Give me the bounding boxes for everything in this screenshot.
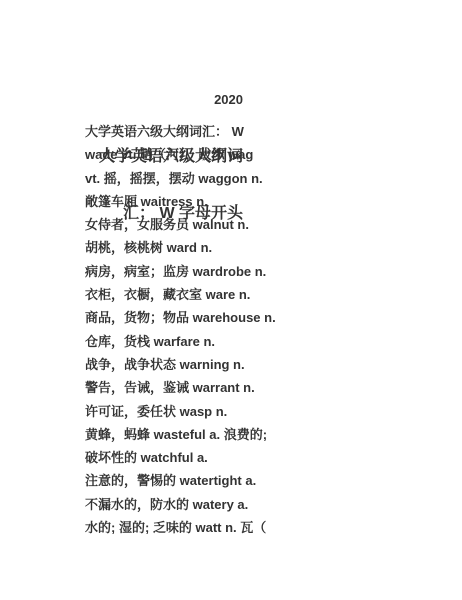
vocab-line: vt. 摇，摇摆，摆动 waggon n. [85,167,415,190]
vocab-line: 大学英语六级大纲词汇： W [85,120,415,143]
vocab-line: 商品，货物；物品 warehouse n. [85,306,415,329]
vocab-line: 警告，告诫，鉴诫 warrant n. [85,376,415,399]
vocab-line: 黄蜂，蚂蜂 wasteful a. 浪费的; [85,423,415,446]
vocab-line: 破坏性的 watchful a. [85,446,415,469]
vocab-line: 胡桃，核桃树 ward n. [85,236,415,259]
document-page: 2020 大学英语六级大纲词 汇： W 字母开头 大学英语六级大纲词汇： Wwa… [0,0,462,600]
title-year: 2020 [85,89,243,110]
vocab-list: 大学英语六级大纲词汇： Wwade vt. 趟（河），跋涉 wagvt. 摇，摇… [85,120,415,539]
vocab-line: 衣柜，衣橱，藏衣室 ware n. [85,283,415,306]
vocab-line: 许可证，委任状 wasp n. [85,400,415,423]
vocab-line: 敞篷车厢 waitress n. [85,190,415,213]
vocab-line: wade vt. 趟（河），跋涉 wag [85,143,415,166]
vocab-line: 战争，战争状态 warning n. [85,353,415,376]
vocab-line: 不漏水的，防水的 watery a. [85,493,415,516]
vocab-line: 仓库，货栈 warfare n. [85,330,415,353]
vocab-line: 女侍者，女服务员 walnut n. [85,213,415,236]
vocab-line: 病房，病室；监房 wardrobe n. [85,260,415,283]
vocab-line: 水的; 湿的; 乏味的 watt n. 瓦（ [85,516,415,539]
vocab-line: 注意的，警惕的 watertight a. [85,469,415,492]
